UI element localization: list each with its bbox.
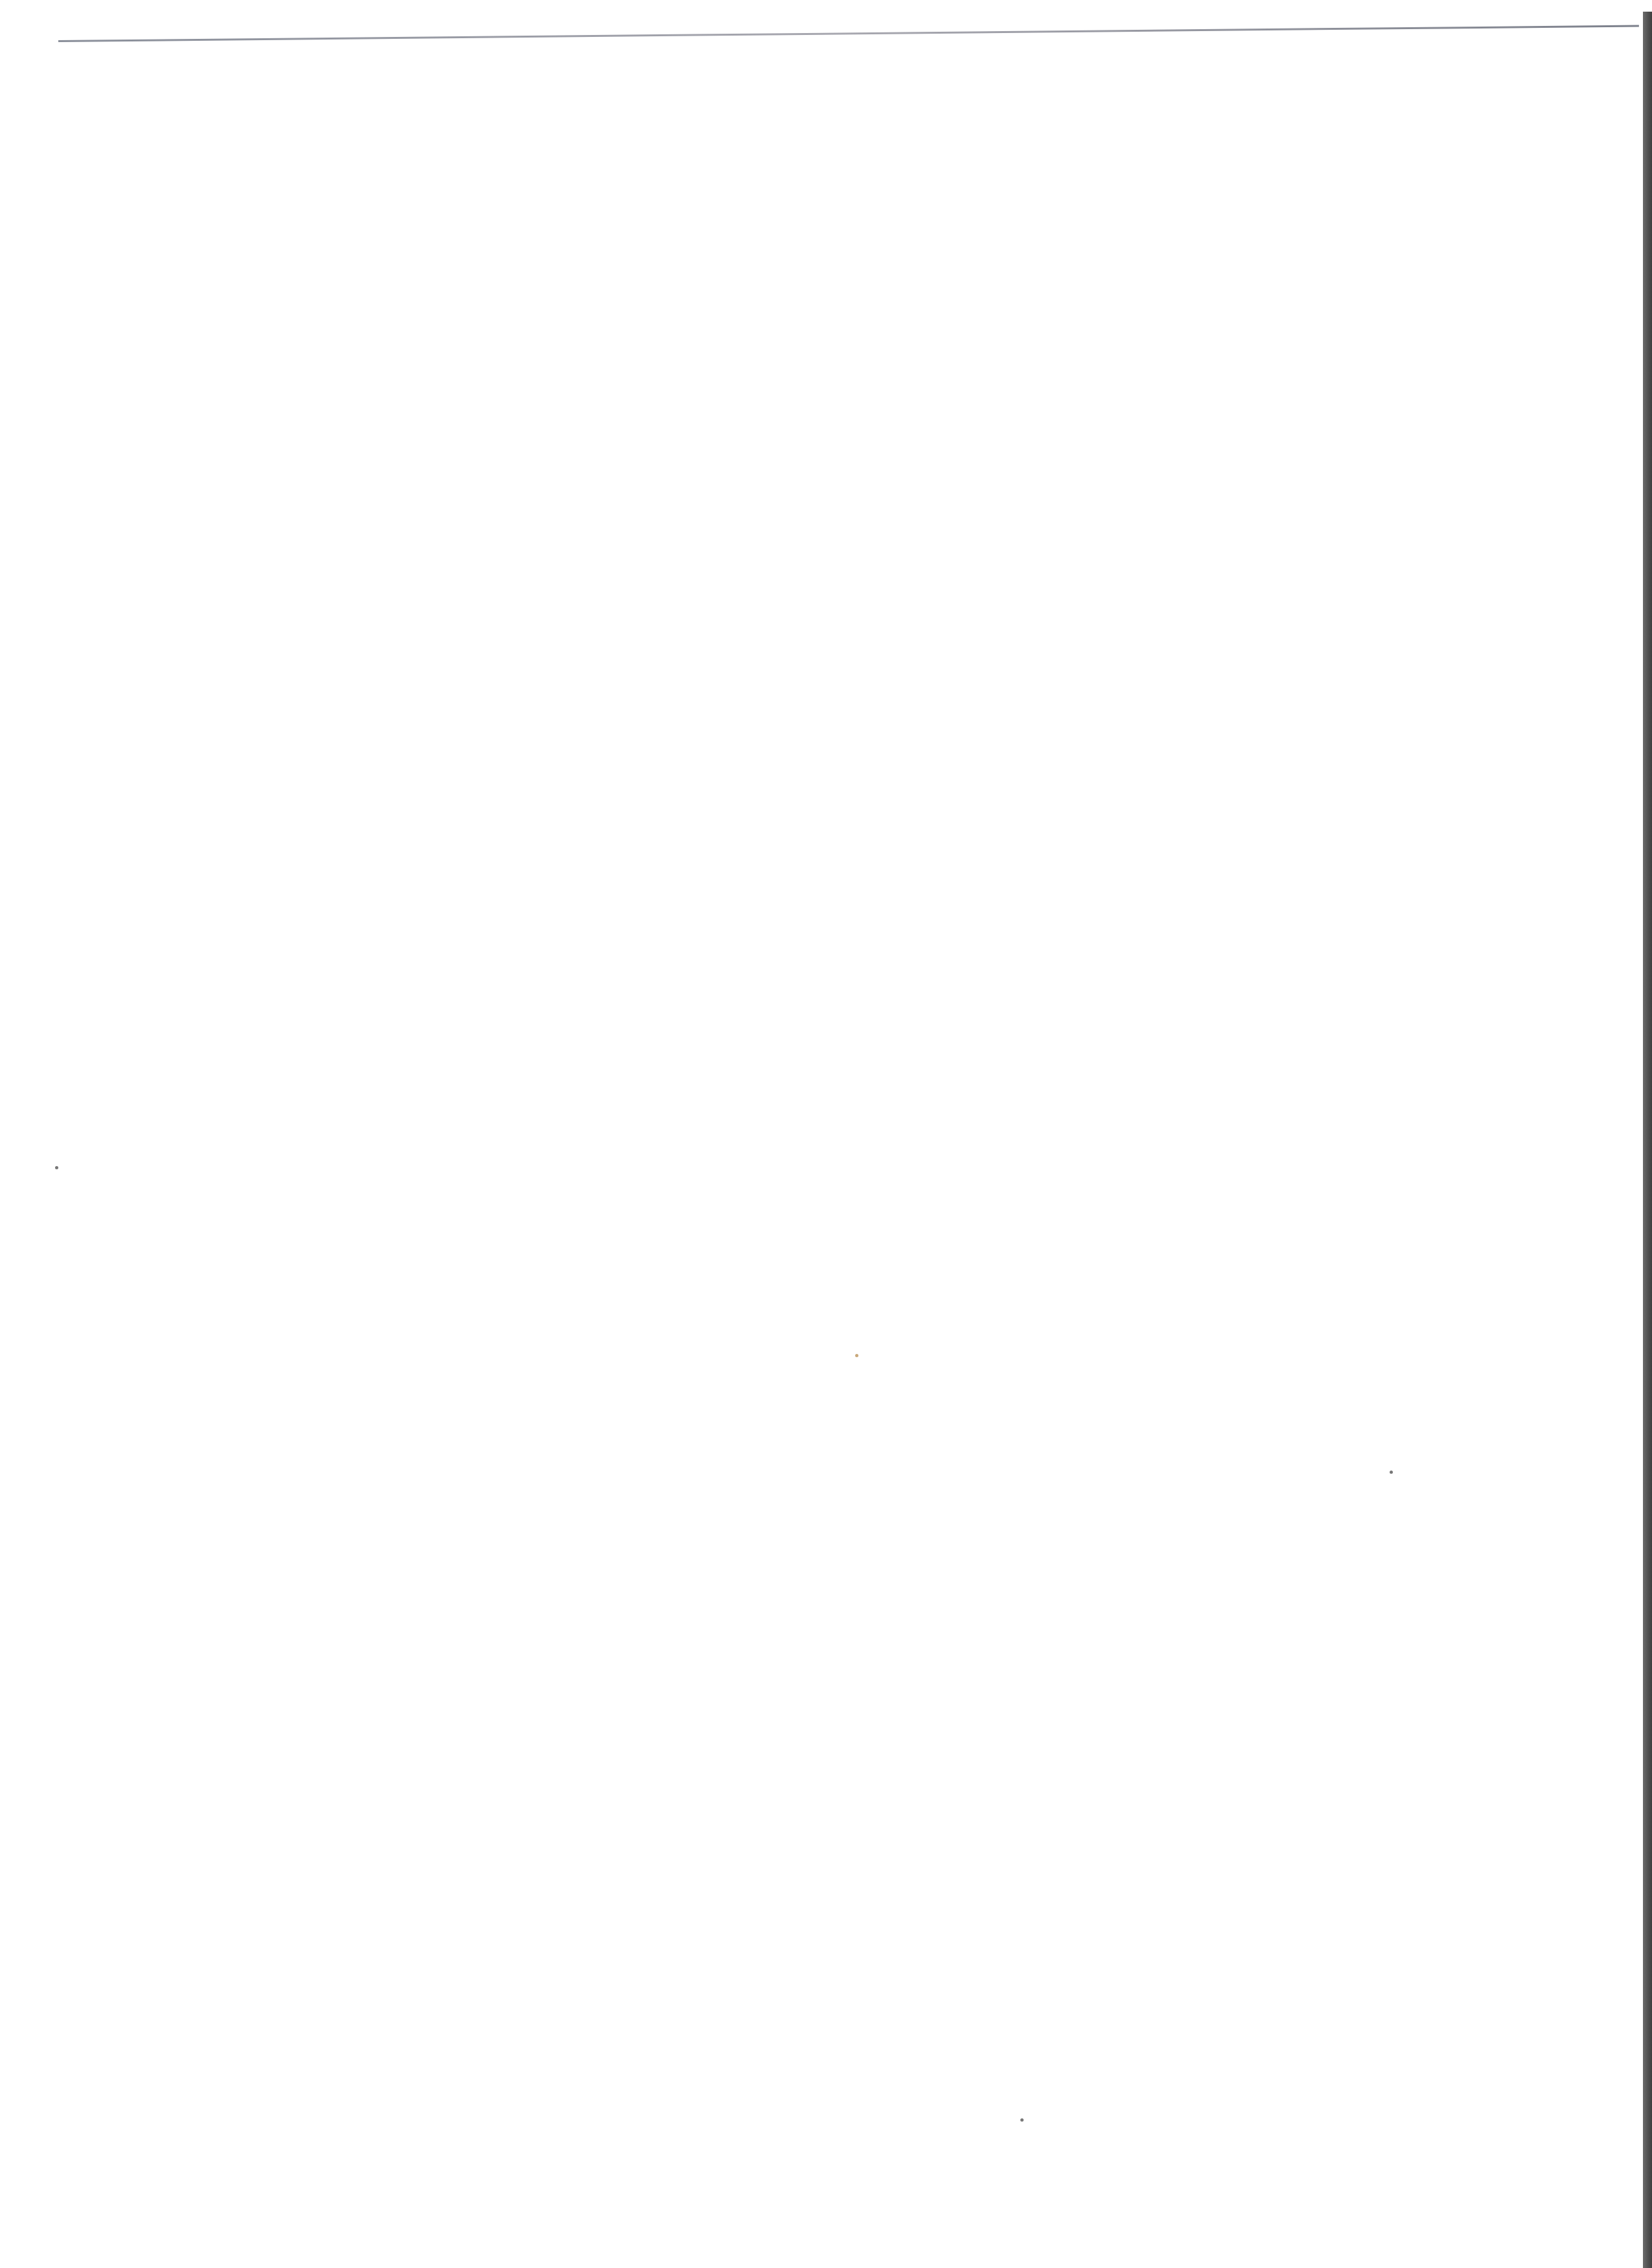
certificate-landscape: Министерство образования и науки Самарск… — [1568, 58, 1652, 1121]
scan-speck — [1390, 1471, 1393, 1474]
scan-edge-line — [58, 25, 1639, 42]
certificate: Министерство образования и науки Самарск… — [52, 58, 1114, 1574]
scan-speck — [1020, 2118, 1024, 2122]
